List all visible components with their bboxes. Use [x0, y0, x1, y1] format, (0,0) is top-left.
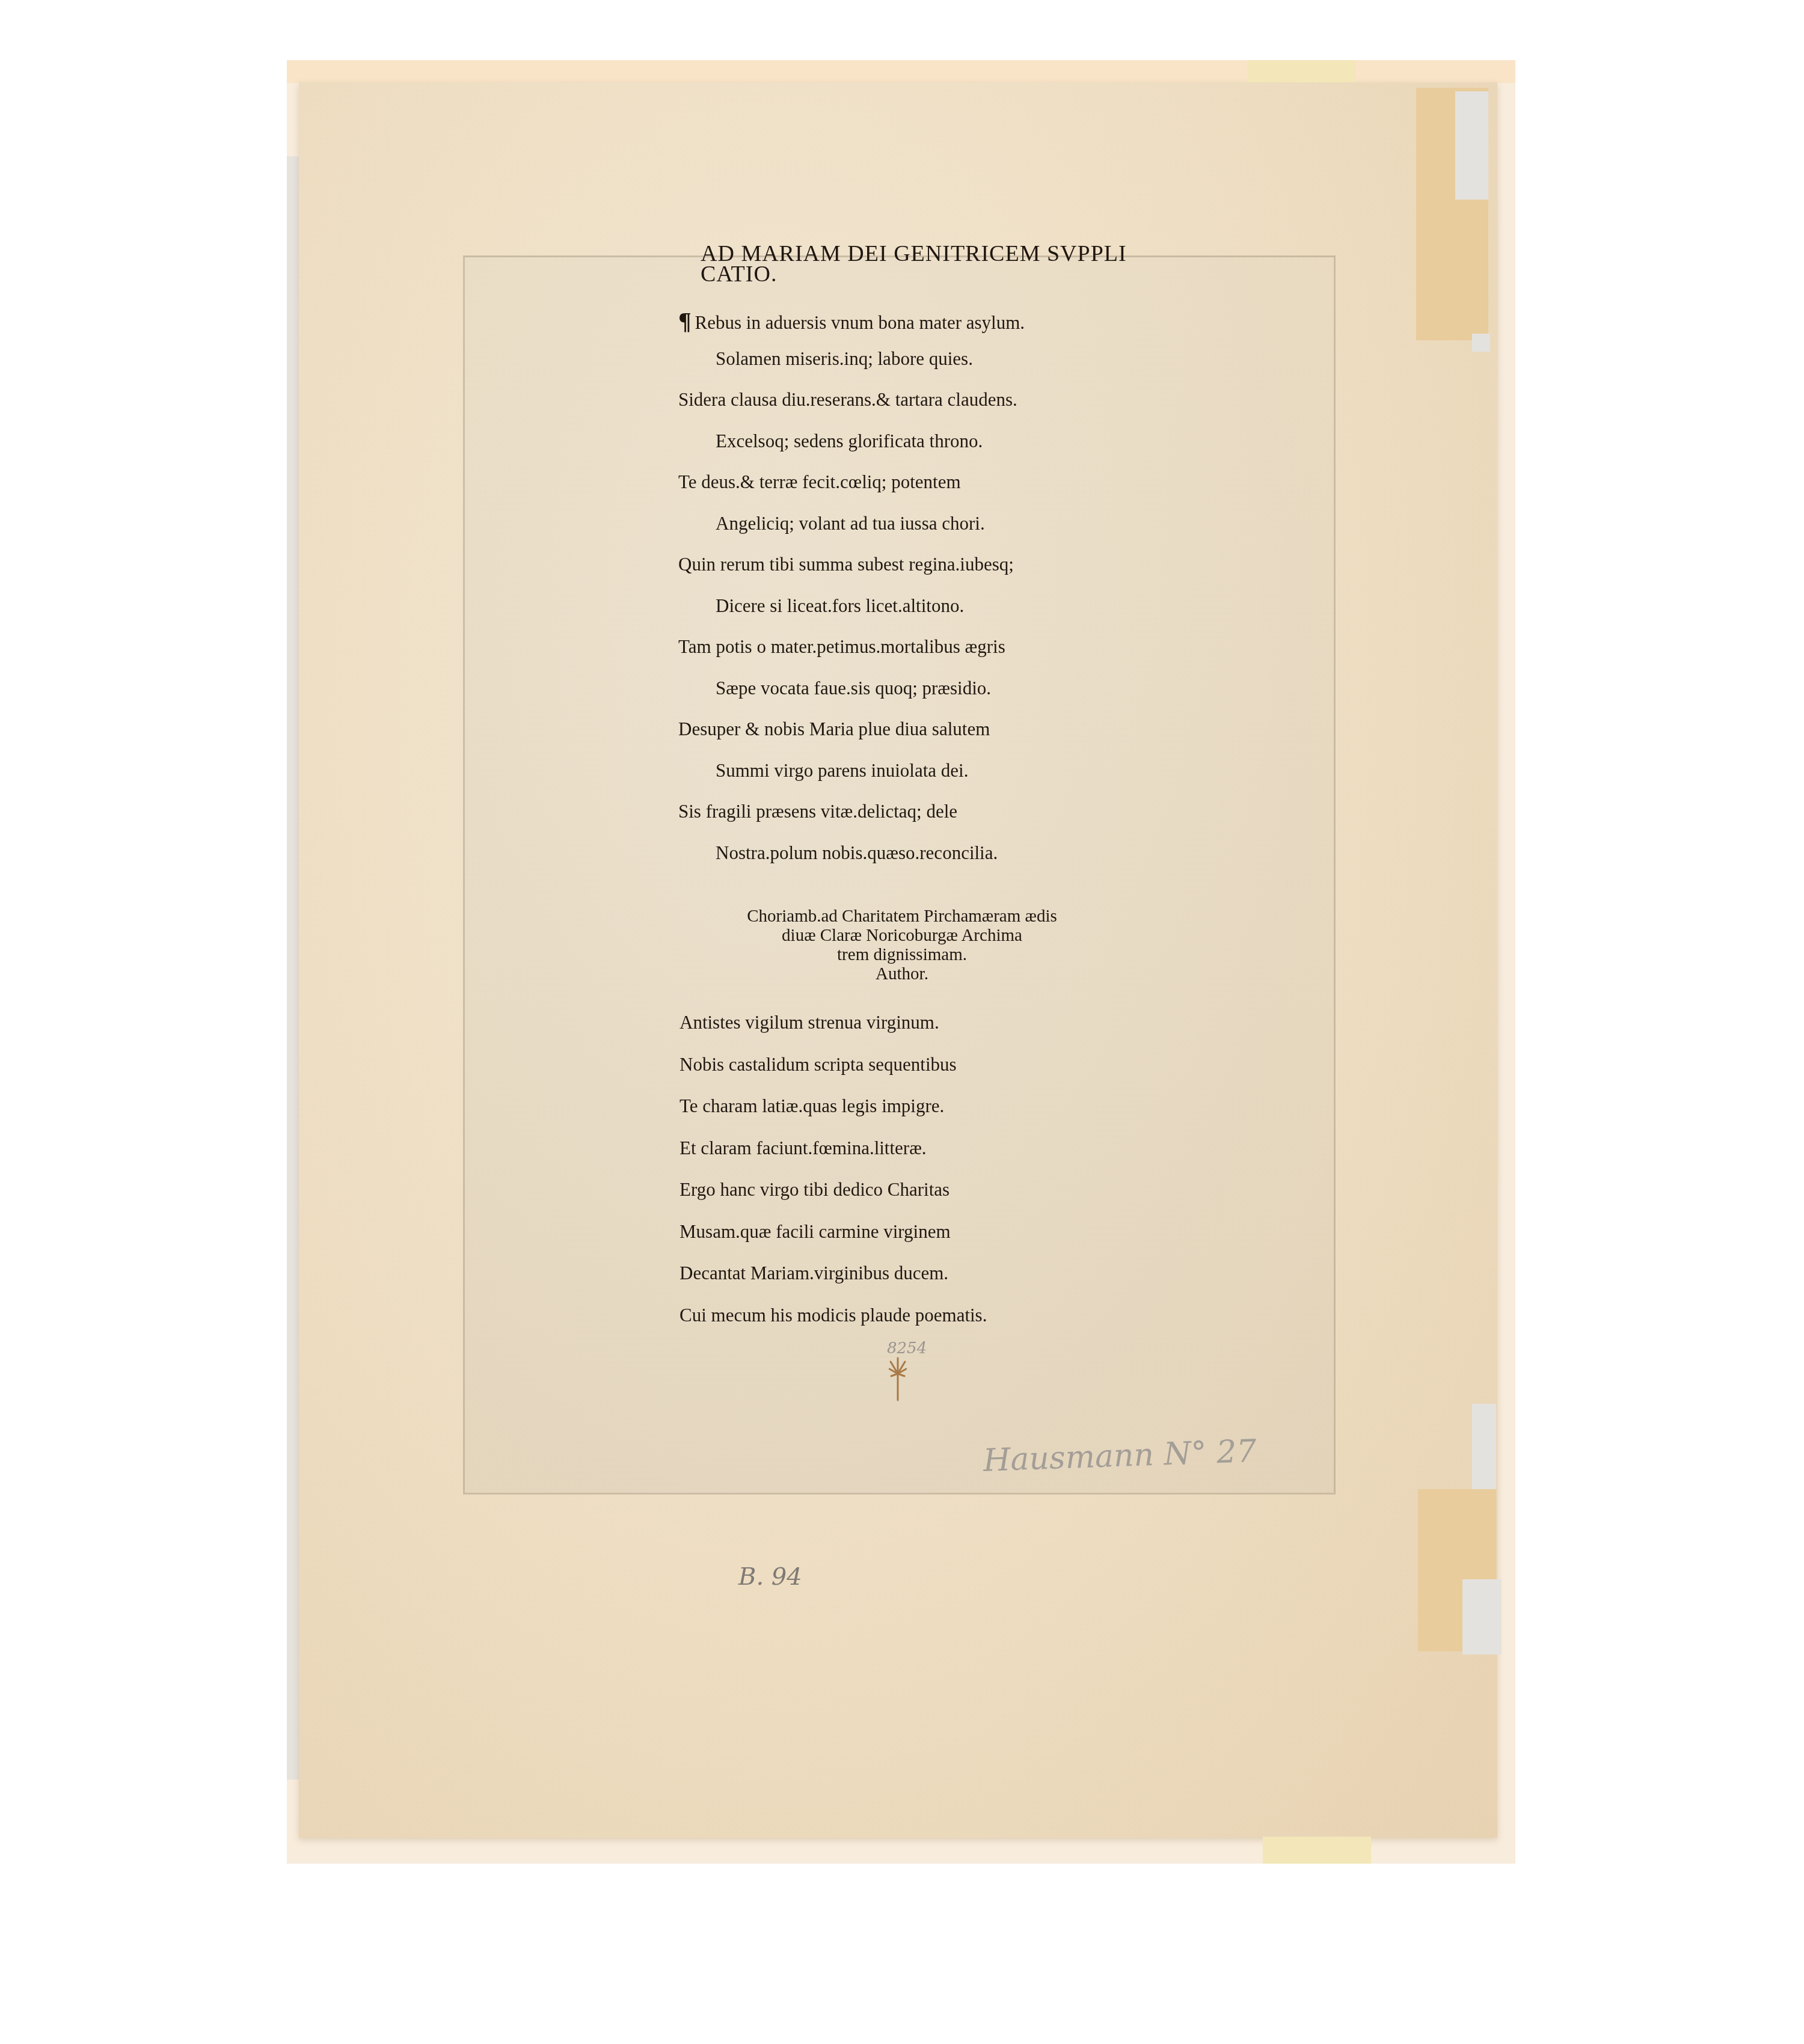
poem-line: Musam.quæ facili carmine virginem: [680, 1221, 951, 1243]
poem-line: Te charam latiæ.quas legis impigre.: [680, 1095, 944, 1117]
poem-line-text: Angeliciq; volant ad tua iussa chori.: [716, 513, 985, 534]
poem-line: Te deus.& terræ fecit.cœliq; potentem: [678, 471, 961, 493]
bottom-hinge-tape: [1263, 1837, 1371, 1864]
poem-line: Antistes vigilum strenua virginum.: [680, 1012, 939, 1033]
poem-title: AD MARIAM DEI GENITRICEM SVPPLI CATIO.: [701, 243, 1127, 284]
poem-line-text: Sæpe vocata faue.sis quoq; præsidio.: [716, 678, 991, 699]
poem-line-text: Excelsoq; sedens glorificata throno.: [716, 430, 983, 451]
poem-line-text: Quin rerum tibi summa subest regina.iube…: [678, 554, 1014, 575]
pilcrow-icon: ¶: [678, 307, 692, 334]
poem-line-text: Sis fragili præsens vitæ.delictaq; dele: [678, 801, 957, 822]
poem-line-text: Desuper & nobis Maria plue diua salutem: [678, 718, 990, 739]
poem-line: Cui mecum his modicis plaude poematis.: [680, 1305, 987, 1326]
poem-line: Decantat Mariam.virginibus ducem.: [680, 1262, 948, 1284]
poem-line: Ergo hanc virgo tibi dedico Charitas: [680, 1179, 950, 1201]
title-line-1: AD MARIAM DEI GENITRICEM SVPPLI: [701, 243, 1127, 264]
poem-line: ¶Rebus in aduersis vnum bona mater asylu…: [678, 307, 1025, 335]
poem-line: Sidera clausa diu.reserans.& tartara cla…: [678, 389, 1017, 411]
top-hinge-tape: [1248, 60, 1356, 82]
poem-line: Nostra.polum nobis.quæso.reconcilia.: [716, 842, 998, 864]
poem-line: Summi virgo parens inuiolata dei.: [716, 760, 968, 782]
poem-line: Tam potis o mater.petimus.mortalibus ægr…: [678, 636, 1005, 658]
poem-line: Excelsoq; sedens glorificata throno.: [716, 430, 983, 452]
poem-line-text: Dicere si liceat.fors licet.altitono.: [716, 595, 964, 616]
inventory-number: 8254: [887, 1339, 927, 1357]
poem-line-text: Tam potis o mater.petimus.mortalibus ægr…: [678, 636, 1005, 657]
dedication-line: Author.: [710, 964, 1094, 984]
poem-line: Dicere si liceat.fors licet.altitono.: [716, 595, 964, 617]
poem-line-text: Rebus in aduersis vnum bona mater asylum…: [695, 312, 1025, 333]
poem-line: Quin rerum tibi summa subest regina.iube…: [678, 554, 1014, 575]
dedication-line: trem dignissimam.: [710, 945, 1094, 964]
dedication-heading: Choriamb.ad Charitatem Pirchamæram ædis …: [710, 907, 1094, 984]
poem-line-text: Summi virgo parens inuiolata dei.: [716, 760, 968, 781]
poem-line: Et claram faciunt.fœmina.litteræ.: [680, 1137, 927, 1159]
poem-line: Sæpe vocata faue.sis quoq; præsidio.: [716, 678, 991, 699]
poem-line: Angeliciq; volant ad tua iussa chori.: [716, 513, 985, 534]
poem-line-text: Sidera clausa diu.reserans.& tartara cla…: [678, 389, 1017, 410]
mount-edge-strip: [287, 156, 300, 1779]
poem-line-text: Nostra.polum nobis.quæso.reconcilia.: [716, 842, 998, 863]
dedication-line: Choriamb.ad Charitatem Pirchamæram ædis: [710, 907, 1094, 926]
poem-line-text: Solamen miseris.inq; labore quies.: [716, 348, 973, 369]
dedication-line: diuæ Claræ Noricoburgæ Archima: [710, 926, 1094, 945]
top-right-tissue: [1455, 91, 1488, 200]
collector-stamp-icon: [889, 1356, 907, 1404]
shelfmark-annotation: B. 94: [738, 1563, 802, 1591]
bottom-right-tissue: [1462, 1579, 1502, 1654]
poem-line: Desuper & nobis Maria plue diua salutem: [678, 718, 990, 740]
poem-line: Nobis castalidum scripta sequentibus: [680, 1054, 957, 1076]
title-line-2: CATIO.: [701, 264, 1127, 284]
poem-line: Solamen miseris.inq; labore quies.: [716, 348, 973, 370]
right-middle-tissue: [1472, 334, 1490, 352]
poem-line: Sis fragili præsens vitæ.delictaq; dele: [678, 801, 957, 822]
poem-line-text: Te deus.& terræ fecit.cœliq; potentem: [678, 471, 961, 492]
lower-right-tissue: [1472, 1404, 1496, 1491]
